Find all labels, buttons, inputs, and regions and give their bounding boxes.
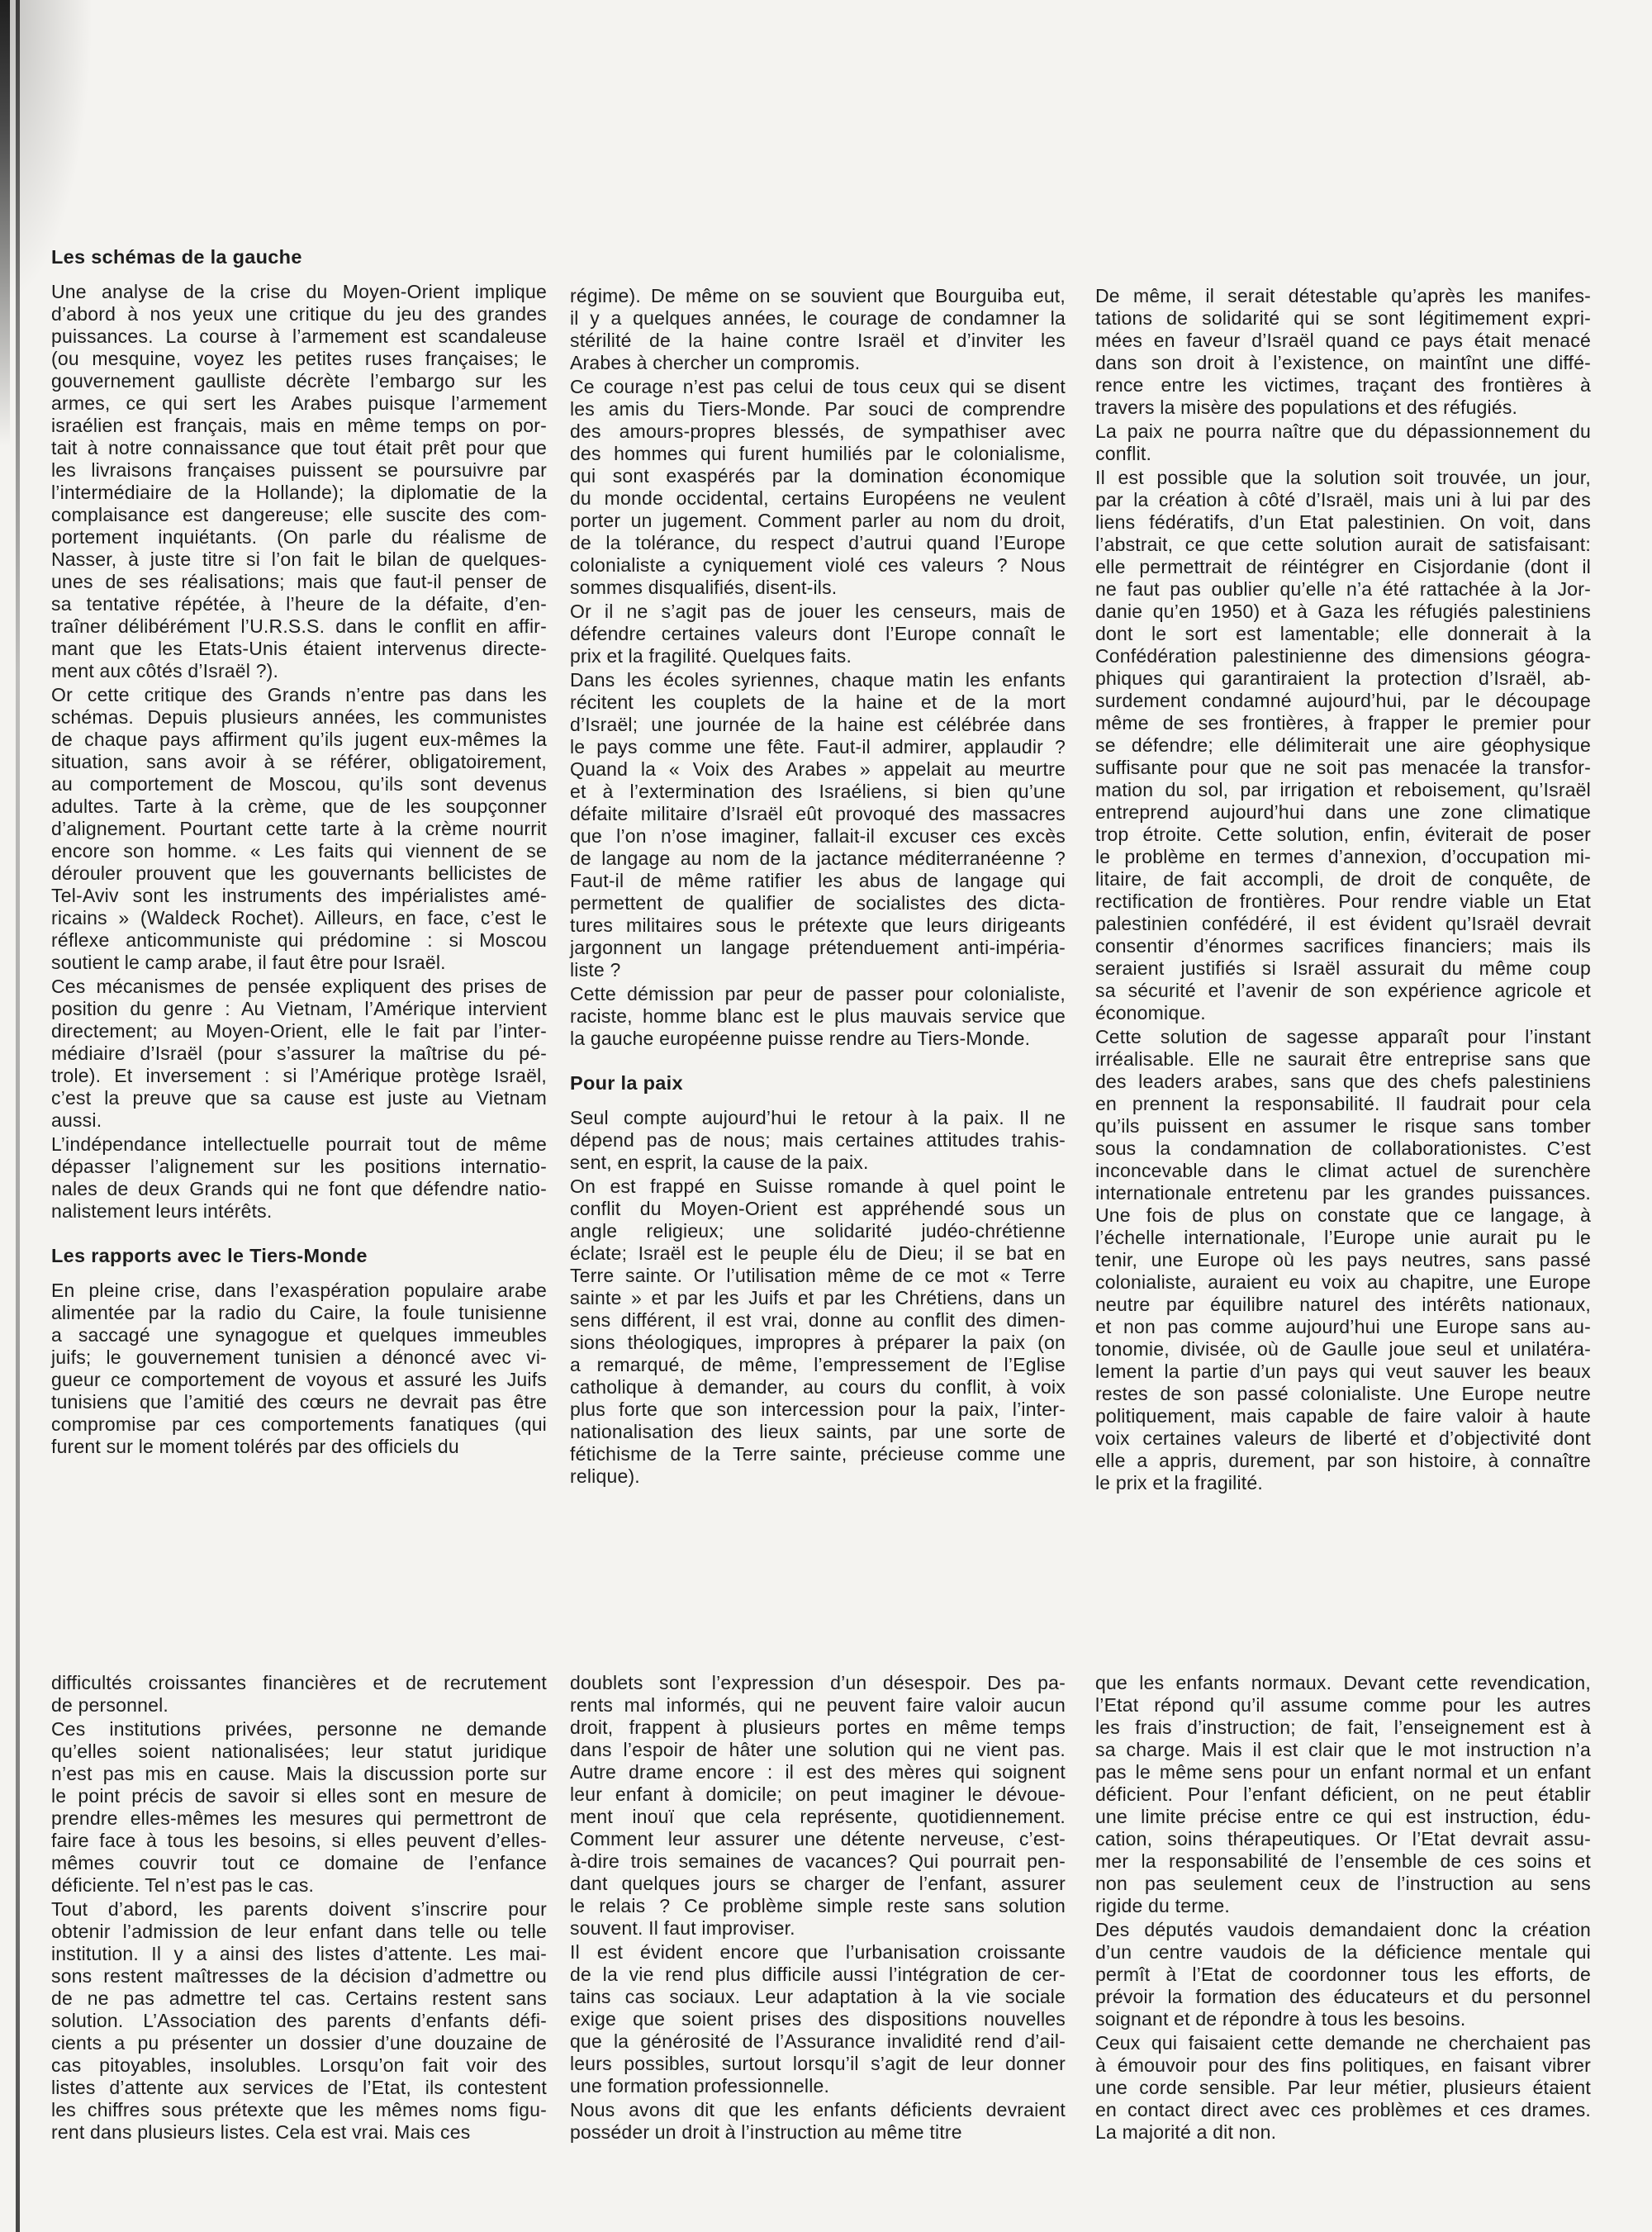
text-line: par la création à côté d’Israël, mais un… (1095, 489, 1591, 511)
text-line: surdement condamné aujourd’hui, par le d… (1095, 690, 1591, 712)
text-line: listes d’attente aux services de l’Etat,… (51, 2077, 547, 2099)
text-line: conflit. (1095, 443, 1591, 465)
paragraph: doublets sont l’expression d’un désespoi… (570, 1672, 1066, 1940)
text-line: cation, soins thérapeutiques. Or l’Etat … (1095, 1828, 1591, 1850)
text-line: Il est possible que la solution soit tro… (1095, 467, 1591, 489)
text-line: lement la partie d’un pays qui veut sauv… (1095, 1361, 1591, 1383)
text-line: a remarqué, de même, l’empressement de l… (570, 1354, 1066, 1376)
text-line: consentir d’énormes sacrifices financier… (1095, 935, 1591, 957)
text-line: Faut-il de même ratifier les abus de lan… (570, 870, 1066, 892)
paragraph: Dans les écoles syriennes, chaque matin … (570, 669, 1066, 981)
text-line: l’Etat répond qu’il assume comme pour le… (1095, 1694, 1591, 1717)
paragraph: L’indépendance intellectuelle pourrait t… (51, 1133, 547, 1223)
text-line: rectification de frontières. Pour rendre… (1095, 890, 1591, 913)
text-line: internationale entretenu par les grandes… (1095, 1182, 1591, 1204)
paragraph: Des députés vaudois demandaient donc la … (1095, 1919, 1591, 2030)
paragraph: Il est évident encore que l’urbanisation… (570, 1941, 1066, 2097)
paragraph: De même, il serait détestable qu’après l… (1095, 285, 1591, 419)
text-line: ment aux côtés d’Israël ?). (51, 660, 547, 682)
text-line: mation du sol, par irrigation et reboise… (1095, 779, 1591, 801)
paragraph: Nous avons dit que les enfants déficient… (570, 2099, 1066, 2144)
text-line: mant que les Etats-Unis étaient interven… (51, 638, 547, 660)
text-line: ne faut pas oublier qu’elle n’a été ratt… (1095, 578, 1591, 601)
text-line: portement inquiétants. (On parle du réal… (51, 526, 547, 549)
text-line: Des députés vaudois demandaient donc la … (1095, 1919, 1591, 1941)
text-line: inconcevable dans le climat actuel de su… (1095, 1160, 1591, 1182)
text-line: permît à l’Etat de coordonner tous les e… (1095, 1964, 1591, 1986)
text-line: des amours-propres blessés, de sympathis… (570, 420, 1066, 443)
text-line: le pays comme une fête. Faut-il admirer,… (570, 736, 1066, 758)
text-line: Seul compte aujourd’hui le retour à la p… (570, 1107, 1066, 1129)
text-line: tations de solidarité qui se sont légiti… (1095, 307, 1591, 330)
text-line: dérouler prouvent que les gouvernants be… (51, 862, 547, 885)
text-line: furent sur le moment tolérés par des off… (51, 1436, 547, 1458)
text-line: dont le sort est lamentable; elle donner… (1095, 623, 1591, 645)
text-line: colonialiste, auraient eu voix au chapit… (1095, 1271, 1591, 1294)
text-line: Ces mécanismes de pensée expliquent des … (51, 976, 547, 998)
text-line: De même, il serait détestable qu’après l… (1095, 285, 1591, 307)
text-line: entreprend aujourd’hui dans une zone cli… (1095, 801, 1591, 824)
text-line: que la générosité de l’Assurance invalid… (570, 2030, 1066, 2053)
text-line: que l’on n’ose imaginer, fallait-il excu… (570, 825, 1066, 848)
text-line: que les enfants normaux. Devant cette re… (1095, 1672, 1591, 1694)
text-line: prix et la fragilité. Quelques faits. (570, 645, 1066, 667)
text-line: de la vie rend plus difficile aussi l’in… (570, 1964, 1066, 1986)
text-line: situation, sans avoir à se référer, obli… (51, 751, 547, 773)
text-line: colonialiste a cyniquement violé ces val… (570, 554, 1066, 577)
text-line: palestinien confédéré, il est évident qu… (1095, 913, 1591, 935)
section-heading: Pour la paix (570, 1071, 1066, 1095)
text-line: une formation professionnelle. (570, 2075, 1066, 2097)
text-line: tunisiens que l’amitié des cœurs ne devr… (51, 1391, 547, 1413)
paragraph: Une analyse de la crise du Moyen-Orient … (51, 281, 547, 682)
text-line: sa tentative répétée, à l’heure de la dé… (51, 593, 547, 615)
paragraph: Ce courage n’est pas celui de tous ceux … (570, 376, 1066, 599)
text-line: sa sécurité et l’avenir de son expérienc… (1095, 980, 1591, 1002)
text-line: cas pitoyables, insolubles. Lorsqu’on fa… (51, 2054, 547, 2077)
text-line: La paix ne pourra naître que du dépassio… (1095, 420, 1591, 443)
text-line: les chiffres sous prétexte que les mêmes… (51, 2099, 547, 2121)
text-line: plus forte que son intercession pour la … (570, 1399, 1066, 1421)
text-line: les amis du Tiers-Monde. Par souci de co… (570, 398, 1066, 420)
text-line: puissances. La course à l’armement est s… (51, 325, 547, 348)
text-line: sommes disqualifiés, disent-ils. (570, 577, 1066, 599)
text-line: régime). De même on se souvient que Bour… (570, 285, 1066, 307)
paragraph: Tout d’abord, les parents doivent s’insc… (51, 1898, 547, 2144)
text-line: leur enfant à domicile; on peut imaginer… (570, 1783, 1066, 1806)
text-line: et à l’extermination des Israéliens, si … (570, 781, 1066, 803)
scanned-newspaper-page: Les schémas de la gaucheUne analyse de l… (0, 0, 1652, 2232)
text-line: leurs possibles, surtout lorsqu’il s’agi… (570, 2053, 1066, 2075)
article-column-top-left: Les schémas de la gaucheUne analyse de l… (51, 245, 547, 1460)
text-line: seraient justifiés si Israël assurait du… (1095, 957, 1591, 980)
text-line: mer la responsabilité de l’ensemble de c… (1095, 1850, 1591, 1873)
paragraph: Ces institutions privées, personne ne de… (51, 1718, 547, 1897)
text-line: danie qu’en 1950) et à Gaza les réfugiés… (1095, 601, 1591, 623)
text-line: pas le même sens pour un enfant normal e… (1095, 1761, 1591, 1783)
text-line: cients a pu présenter un dossier d’une d… (51, 2032, 547, 2054)
text-line: Comment leur assurer une détente nerveus… (570, 1828, 1066, 1850)
text-line: directement; au Moyen-Orient, elle le fa… (51, 1020, 547, 1042)
text-line: a saccagé une synagogue et quelques imme… (51, 1324, 547, 1346)
text-line: soignant et de répondre à tous les besoi… (1095, 2008, 1591, 2030)
text-line: rent dans plusieurs listes. Cela est vra… (51, 2121, 547, 2144)
text-line: prévoir la formation des éducateurs et d… (1095, 1986, 1591, 2008)
text-line: voix certaines valeurs de liberté et d’o… (1095, 1427, 1591, 1450)
paragraph: Seul compte aujourd’hui le retour à la p… (570, 1107, 1066, 1174)
text-line: gouvernement gaulliste décrète l’embargo… (51, 370, 547, 392)
text-line: L’indépendance intellectuelle pourrait t… (51, 1133, 547, 1156)
text-line: se défendre; elle délimiterait une aire … (1095, 734, 1591, 757)
text-line: une limite précise entre ce qui est inst… (1095, 1806, 1591, 1828)
text-line: il y a quelques années, le courage de co… (570, 307, 1066, 330)
text-line: Arabes à chercher un compromis. (570, 352, 1066, 374)
text-line: politiquement, mais capable de faire val… (1095, 1405, 1591, 1427)
paragraph: Ceux qui faisaient cette demande ne cher… (1095, 2032, 1591, 2144)
text-line: Tout d’abord, les parents doivent s’insc… (51, 1898, 547, 1921)
text-line: sons restent maîtresses de la décision d… (51, 1965, 547, 1987)
text-line: Cette solution de sagesse apparaît pour … (1095, 1026, 1591, 1048)
text-line: l’intermédiaire de la Hollande); la dipl… (51, 482, 547, 504)
text-line: du monde occidental, certains Européens … (570, 487, 1066, 510)
text-line: le relais ? Ce problème simple reste san… (570, 1895, 1066, 1917)
text-line: non pas seulement ceux de l’instruction … (1095, 1873, 1591, 1895)
text-line: restes de son passé colonialiste. Une Eu… (1095, 1383, 1591, 1405)
text-line: en prennent la responsabilité. Il faudra… (1095, 1093, 1591, 1115)
text-line: et non pas comme aujourd’hui une Europe … (1095, 1316, 1591, 1338)
paragraph: La paix ne pourra naître que du dépassio… (1095, 420, 1591, 465)
text-line: encore son homme. « Les faits qui vienne… (51, 840, 547, 862)
text-line: d’Israël; une journée de la haine est cé… (570, 714, 1066, 736)
text-line: d’alignement. Pourtant cette tarte à la … (51, 818, 547, 840)
text-line: récitent les couplets de la haine et de … (570, 691, 1066, 714)
text-line: qu’elles soient nationalisées; leur stat… (51, 1740, 547, 1763)
text-line: institution. Il y a ainsi des listes d’a… (51, 1943, 547, 1965)
text-line: suffisante pour que ne soit pas menacée … (1095, 757, 1591, 779)
text-line: mées en faveur d’Israël quand ce pays ét… (1095, 330, 1591, 352)
text-line: Cette démission par peur de passer pour … (570, 983, 1066, 1005)
text-line: Une analyse de la crise du Moyen-Orient … (51, 281, 547, 303)
text-line: déficiente. Tel n’est pas le cas. (51, 1874, 547, 1897)
text-line: au comportement de Moscou, qu’ils sont d… (51, 773, 547, 795)
text-line: juifs; le gouvernement tunisien a dénonc… (51, 1346, 547, 1369)
paragraph: Il est possible que la solution soit tro… (1095, 467, 1591, 1024)
text-line: à-dire trois semaines de vacances? Qui p… (570, 1850, 1066, 1873)
text-line: économique. (1095, 1002, 1591, 1024)
text-line: les livraisons françaises puissent se po… (51, 459, 547, 482)
text-line: aussi. (51, 1109, 547, 1132)
article-column-top-right: De même, il serait détestable qu’après l… (1095, 285, 1591, 1496)
text-line: Ceux qui faisaient cette demande ne cher… (1095, 2032, 1591, 2054)
text-line: exige que soient prises des dispositions… (570, 2008, 1066, 2030)
text-line: La majorité a dit non. (1095, 2121, 1591, 2144)
text-line: phiques qui garantiraient la protection … (1095, 667, 1591, 690)
paragraph: Ces mécanismes de pensée expliquent des … (51, 976, 547, 1132)
text-line: le problème en termes d’annexion, d’occu… (1095, 846, 1591, 868)
text-line: difficultés croissantes financières et d… (51, 1672, 547, 1694)
text-line: d’un centre vaudois de la déficience men… (1095, 1941, 1591, 1964)
text-line: Or il ne s’agit pas de jouer les censeur… (570, 601, 1066, 623)
text-line: Tel-Aviv sont les instruments des impéri… (51, 885, 547, 907)
text-line: de personnel. (51, 1694, 547, 1717)
text-line: porter un jugement. Comment parler au no… (570, 510, 1066, 532)
text-line: neutre par équilibre naturel des intérêt… (1095, 1294, 1591, 1316)
text-line: l’abstrait, ce que cette solution aurait… (1095, 534, 1591, 556)
text-line: traîner délibérément l’U.R.S.S. dans le … (51, 615, 547, 638)
scan-fold-line (16, 0, 20, 2232)
text-line: de chaque pays affirment qu’ils jugent e… (51, 729, 547, 751)
text-line: faire face à tous les besoins, si elles … (51, 1830, 547, 1852)
scan-edge-shadow (0, 0, 10, 446)
text-line: liens fédératifs, d’un Etat palestinien.… (1095, 511, 1591, 534)
text-line: défendre certaines valeurs dont l’Europe… (570, 623, 1066, 645)
text-line: irréalisable. Elle ne saurait être entre… (1095, 1048, 1591, 1071)
text-line: Quand la « Voix des Arabes » appelait au… (570, 758, 1066, 781)
text-line: réflexe anticommuniste qui prédomine : s… (51, 929, 547, 952)
text-line: sa charge. Mais il est clair que le mot … (1095, 1739, 1591, 1761)
text-line: déficient. Pour l’enfant déficient, on n… (1095, 1783, 1591, 1806)
text-line: armes, ce qui sert les Arabes puisque l’… (51, 392, 547, 415)
text-line: liste ? (570, 959, 1066, 981)
text-line: israélien est français, mais en même tem… (51, 415, 547, 437)
text-line: alimentée par la radio du Caire, la foul… (51, 1302, 547, 1324)
text-line: dépend pas de nous; mais certaines attit… (570, 1129, 1066, 1152)
text-line: les frais d’instruction; de fait, l’ense… (1095, 1717, 1591, 1739)
text-line: jargonnent un langage prétenduement anti… (570, 937, 1066, 959)
text-line: Nasser, à juste titre si l’on fait le bi… (51, 549, 547, 571)
paragraph: Cette solution de sagesse apparaît pour … (1095, 1026, 1591, 1494)
text-line: posséder un droit à l’instruction au mêm… (570, 2121, 1066, 2144)
text-line: des leaders arabes, sans que des chefs p… (1095, 1071, 1591, 1093)
text-line: de ne pas admettre tel cas. Certains res… (51, 1987, 547, 2010)
text-line: stérilité de la haine contre Israël et d… (570, 330, 1066, 352)
text-line: Confédération palestinienne des dimensio… (1095, 645, 1591, 667)
paragraph: difficultés croissantes financières et d… (51, 1672, 547, 1717)
text-line: dans son droit à l’existence, on maintîn… (1095, 352, 1591, 374)
text-line: dépasser l’alignement sur les positions … (51, 1156, 547, 1178)
text-line: fétichisme de la Terre sainte, précieuse… (570, 1443, 1066, 1465)
section-heading: Les rapports avec le Tiers-Monde (51, 1244, 547, 1267)
text-line: éclate; Israël est le peuple élu de Dieu… (570, 1242, 1066, 1265)
text-line: solution. L’Association des parents d’en… (51, 2010, 547, 2032)
text-line: d’abord à nos yeux une critique du jeu d… (51, 303, 547, 325)
text-line: litaire, de fait accompli, de droit de c… (1095, 868, 1591, 890)
text-line: sens différent, il est vrai, donne au co… (570, 1309, 1066, 1332)
article-column-bottom-left: difficultés croissantes financières et d… (51, 1672, 547, 2145)
text-line: nales de deux Grands qui ne font que déf… (51, 1178, 547, 1200)
text-line: doublets sont l’expression d’un désespoi… (570, 1672, 1066, 1694)
text-line: soutient le camp arabe, il faut être pou… (51, 952, 547, 974)
text-line: elle a appris, durement, par son histoir… (1095, 1450, 1591, 1472)
text-line: elle permettrait de réintégrer en Cisjor… (1095, 556, 1591, 578)
text-line: On est frappé en Suisse romande à quel p… (570, 1175, 1066, 1198)
paragraph: régime). De même on se souvient que Bour… (570, 285, 1066, 374)
text-line: tonomie, divisée, où de Gaulle joue seul… (1095, 1338, 1591, 1361)
text-line: médiaire d’Israël (pour s’assurer la maî… (51, 1042, 547, 1065)
text-line: ment inouï que cela représente, quotidie… (570, 1806, 1066, 1828)
text-line: sions théologiques, impropres à préparer… (570, 1332, 1066, 1354)
article-column-top-center: régime). De même on se souvient que Bour… (570, 285, 1066, 1489)
text-line: Nous avons dit que les enfants déficient… (570, 2099, 1066, 2121)
text-line: Autre drame encore : il est des mères qu… (570, 1761, 1066, 1783)
text-line: de langage au nom de la jactance méditer… (570, 848, 1066, 870)
text-line: schémas. Depuis plusieurs années, les co… (51, 706, 547, 729)
text-line: dans l’espoir de hâter une solution qui … (570, 1739, 1066, 1761)
text-line: Ces institutions privées, personne ne de… (51, 1718, 547, 1740)
text-line: rents mal informés, qui ne peuvent faire… (570, 1694, 1066, 1717)
text-line: même de ses frontières, à frapper le pre… (1095, 712, 1591, 734)
text-line: sous la condamnation de collaborationist… (1095, 1137, 1591, 1160)
text-line: l’échelle internationale, l’Europe unie … (1095, 1227, 1591, 1249)
text-line: Une fois de plus on constate que ce lang… (1095, 1204, 1591, 1227)
text-line: une corde sensible. Par leur métier, plu… (1095, 2077, 1591, 2099)
text-line: le point précis de savoir si elles sont … (51, 1785, 547, 1807)
text-line: angle religieux; une solidarité judéo-ch… (570, 1220, 1066, 1242)
paragraph: On est frappé en Suisse romande à quel p… (570, 1175, 1066, 1488)
text-line: qui sont exaspérés par la domination éco… (570, 465, 1066, 487)
text-line: rence entre les victimes, traçant des fr… (1095, 374, 1591, 397)
text-line: de la tolérance, du respect d’autrui qua… (570, 532, 1066, 554)
text-line: le prix et la fragilité. (1095, 1472, 1591, 1494)
text-line: Or cette critique des Grands n’entre pas… (51, 684, 547, 706)
text-line: complaisance est dangereuse; elle suscit… (51, 504, 547, 526)
text-line: tait à notre connaissance que tout était… (51, 437, 547, 459)
text-line: droit, frappent à plusieurs portes en mê… (570, 1717, 1066, 1739)
text-line: (ou mesquine, voyez les petites ruses fr… (51, 348, 547, 370)
text-line: adultes. Tarte à la crème, que de les so… (51, 795, 547, 818)
text-line: travers la misère des populations et des… (1095, 397, 1591, 419)
text-line: Terre sainte. Or l’utilisation même de c… (570, 1265, 1066, 1287)
text-line: catholique à demander, au cours du confl… (570, 1376, 1066, 1399)
text-line: permettent de qualifier de socialistes d… (570, 892, 1066, 914)
text-line: En pleine crise, dans l’exaspération pop… (51, 1280, 547, 1302)
text-line: n’est pas mis en cause. Mais la discussi… (51, 1763, 547, 1785)
text-line: tenir, une Europe où les pays neutres, s… (1095, 1249, 1591, 1271)
text-line: trole). Et inversement : si l’Amérique p… (51, 1065, 547, 1087)
paragraph: que les enfants normaux. Devant cette re… (1095, 1672, 1591, 1917)
text-line: la gauche européenne puisse rendre au Ti… (570, 1028, 1066, 1050)
text-line: Ce courage n’est pas celui de tous ceux … (570, 376, 1066, 398)
text-line: trop étroite. Cette solution, enfin, évi… (1095, 824, 1591, 846)
text-line: nationalisation des lieux saints, par un… (570, 1421, 1066, 1443)
text-line: unes de ses réalisations; mais que faut-… (51, 571, 547, 593)
text-line: ricains » (Waldeck Rochet). Ailleurs, en… (51, 907, 547, 929)
text-line: Dans les écoles syriennes, chaque matin … (570, 669, 1066, 691)
text-line: nalistement leurs intérêts. (51, 1200, 547, 1223)
paragraph: Or il ne s’agit pas de jouer les censeur… (570, 601, 1066, 667)
text-line: rigide du terme. (1095, 1895, 1591, 1917)
text-line: tures militaires sous le prétexte que le… (570, 914, 1066, 937)
text-line: position du genre : Au Vietnam, l’Amériq… (51, 998, 547, 1020)
text-line: obtenir l’admission de leur enfant dans … (51, 1921, 547, 1943)
text-line: c’est la preuve que sa cause est juste a… (51, 1087, 547, 1109)
text-line: Il est évident encore que l’urbanisation… (570, 1941, 1066, 1964)
text-line: dant quelques jours se charger de l’enfa… (570, 1873, 1066, 1895)
paragraph: En pleine crise, dans l’exaspération pop… (51, 1280, 547, 1458)
article-column-bottom-center: doublets sont l’expression d’un désespoi… (570, 1672, 1066, 2145)
text-line: compromise par ces comportements fanatiq… (51, 1413, 547, 1436)
section-heading: Les schémas de la gauche (51, 245, 547, 268)
paragraph: Cette démission par peur de passer pour … (570, 983, 1066, 1050)
text-line: sent, en esprit, la cause de la paix. (570, 1152, 1066, 1174)
text-line: tains cas sociaux. Leur adaptation à la … (570, 1986, 1066, 2008)
text-line: conflit du Moyen-Orient est appréhendé s… (570, 1198, 1066, 1220)
text-line: mêmes couvrir tout ce domaine de l’enfan… (51, 1852, 547, 1874)
article-column-bottom-right: que les enfants normaux. Devant cette re… (1095, 1672, 1591, 2145)
text-line: gueur ce comportement de voyous et assur… (51, 1369, 547, 1391)
text-line: relique). (570, 1465, 1066, 1488)
text-line: des hommes qui furent humiliés par le co… (570, 443, 1066, 465)
text-line: à émouvoir pour des fins politiques, en … (1095, 2054, 1591, 2077)
text-line: défaite militaire d’Israël eût provoqué … (570, 803, 1066, 825)
paragraph: Or cette critique des Grands n’entre pas… (51, 684, 547, 974)
text-line: qu’ils puissent en assumer le risque san… (1095, 1115, 1591, 1137)
text-line: souvent. Il faut improviser. (570, 1917, 1066, 1940)
text-line: sainte » et par les Juifs et par les Chr… (570, 1287, 1066, 1309)
text-line: en contact direct avec ces problèmes et … (1095, 2099, 1591, 2121)
text-line: raciste, homme blanc est le plus mauvais… (570, 1005, 1066, 1028)
text-line: prendre elles-mêmes les mesures qui perm… (51, 1807, 547, 1830)
